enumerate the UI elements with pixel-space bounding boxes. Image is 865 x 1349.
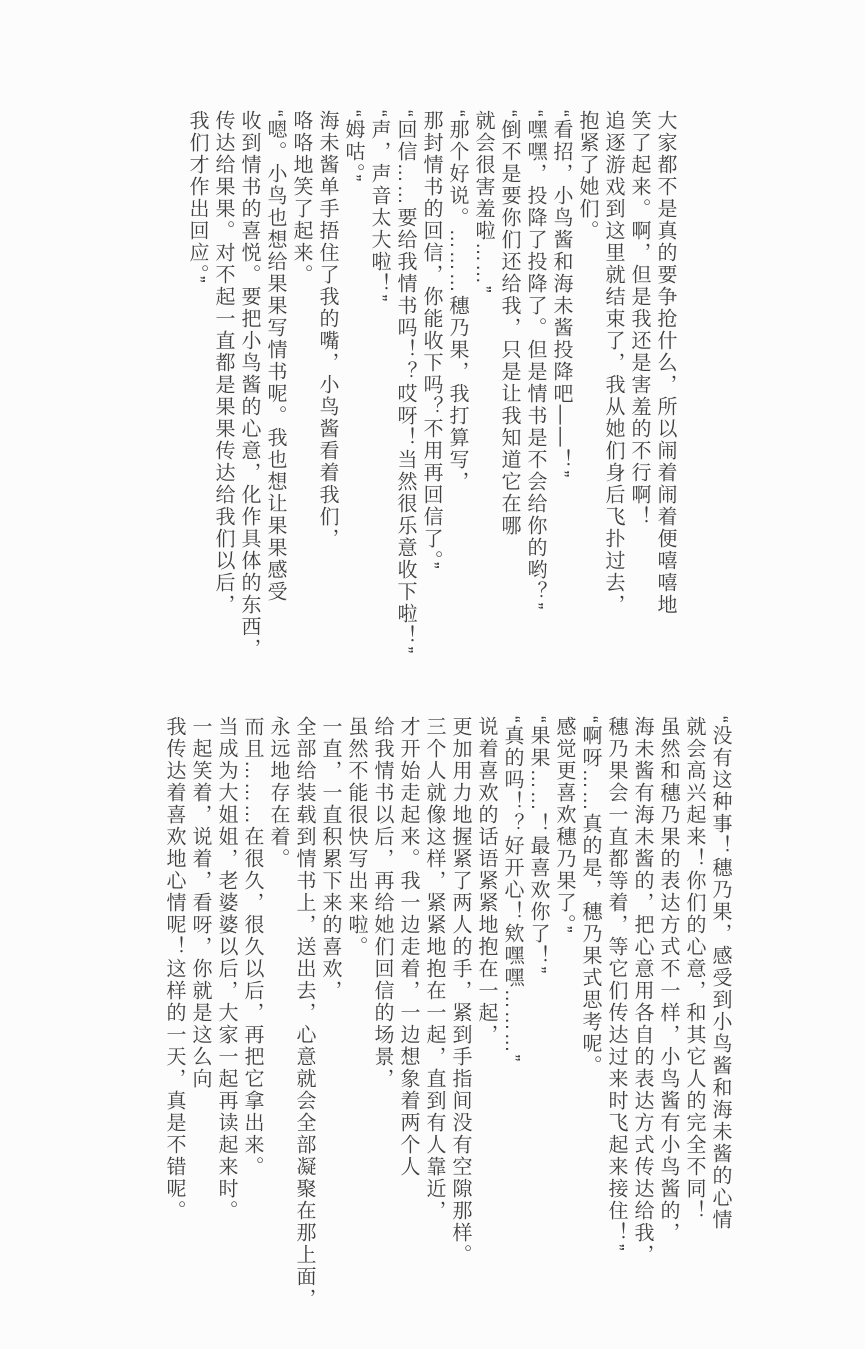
lower-text-block: “没有这种事！穗乃果，感受到小鸟酱和海未酱的心情就会高兴起来！你们的心意，和其它…	[161, 716, 733, 1340]
text-column: 那封情书的回信，你能收下吗？不用再回信了。”	[418, 110, 444, 726]
text-column: 当成为大姐姐，老婆婆以后，大家一起再读起来时。	[213, 716, 239, 1340]
text-column: “嘿嘿，投降了投降了。但是情书是不会给你的哟？”	[522, 110, 548, 726]
text-column: 就会高兴起来！你们的心意，和其它人的完全不同！	[681, 716, 707, 1340]
text-column: 大家都不是真的要争抢什么，所以闹着闹着便嘻嘻地	[652, 110, 678, 726]
text-column: 就会很害羞啦……”	[470, 110, 496, 726]
text-column: 我们才作出回应。”	[184, 110, 210, 726]
text-column: 感觉更喜欢穗乃果了。”	[551, 716, 577, 1340]
text-column: “看招，小鸟酱和海未酱投降吧——！”	[548, 110, 574, 726]
text-column: 咯咯地笑了起来。	[288, 110, 314, 726]
text-column: “嗯。小鸟也想给果果写情书呢。我也想让果果感受	[262, 110, 288, 726]
text-column: “啊呀……真的是，穗乃果式思考呢。	[577, 716, 603, 1340]
text-column: “真的吗！？好开心！欸嘿嘿………”	[499, 716, 525, 1340]
text-column: “那个好说。………穗乃果，我打算写，	[444, 110, 470, 726]
upper-text-block: 大家都不是真的要争抢什么，所以闹着闹着便嘻嘻地笑了起来。啊，但是我还是害羞的不行…	[184, 110, 678, 726]
text-column: 笑了起来。啊，但是我还是害羞的不行啊！	[626, 110, 652, 726]
text-column: 穗乃果会一直都等着，等它们传达过来时飞起来接住！”	[603, 716, 629, 1340]
text-column: 我传达着喜欢地心情呢！这样的一天，真是不错呢。	[161, 716, 187, 1340]
text-column: 传达给果果。对不起一直都是果果传达给我们以后，	[210, 110, 236, 726]
text-column: 全部给装载到情书上，送出去，心意就会全部凝聚在那上面，	[291, 716, 317, 1340]
text-column: 永远地存在着。	[265, 716, 291, 1340]
text-column: “没有这种事！穗乃果，感受到小鸟酱和海未酱的心情	[707, 716, 733, 1340]
novel-page: 大家都不是真的要争抢什么，所以闹着闹着便嘻嘻地笑了起来。啊，但是我还是害羞的不行…	[0, 0, 865, 1349]
text-column: 收到情书的喜悦。要把小鸟酱的心意，化作具体的东西，	[236, 110, 262, 726]
text-column: 更加用力地握紧了两人的手，紧到手指间没有空隙那样。	[447, 716, 473, 1340]
text-column: “果果……！最喜欢你了！”	[525, 716, 551, 1340]
text-column: “声，声音太大啦！”	[366, 110, 392, 726]
text-column: “姆咕。”	[340, 110, 366, 726]
text-column: 追逐游戏到这里就结束了，我从她们身后飞扑过去，	[600, 110, 626, 726]
text-column: 一起笑着，说着，看呀，你就是这么向	[187, 716, 213, 1340]
text-column: 一直，一直积累下来的喜欢，	[317, 716, 343, 1340]
text-column: 虽然和穗乃果的表达方式不一样，小鸟酱有小鸟酱的，	[655, 716, 681, 1340]
text-column: 海未酱有海未酱的，把心意用各自的表达方式传达给我，	[629, 716, 655, 1340]
text-column: “倒不是要你们还给我，只是让我知道它在哪	[496, 110, 522, 726]
text-column: 才开始走起来。我一边走着，一边想象着两个人	[395, 716, 421, 1340]
text-column: 说着喜欢的话语紧紧地抱在一起，	[473, 716, 499, 1340]
text-column: 而且………在很久，很久以后，再把它拿出来。	[239, 716, 265, 1340]
text-column: 虽然不能很快写出来啦。	[343, 716, 369, 1340]
text-column: “回信……要给我情书吗！？哎呀！当然很乐意收下啦！”	[392, 110, 418, 726]
text-column: 海未酱单手捂住了我的嘴，小鸟酱看着我们，	[314, 110, 340, 726]
text-column: 抱紧了她们。	[574, 110, 600, 726]
text-column: 给我情书以后，再给她们回信的场景，	[369, 716, 395, 1340]
text-column: 三个人就像这样，紧紧地抱在一起，直到有人靠近，	[421, 716, 447, 1340]
